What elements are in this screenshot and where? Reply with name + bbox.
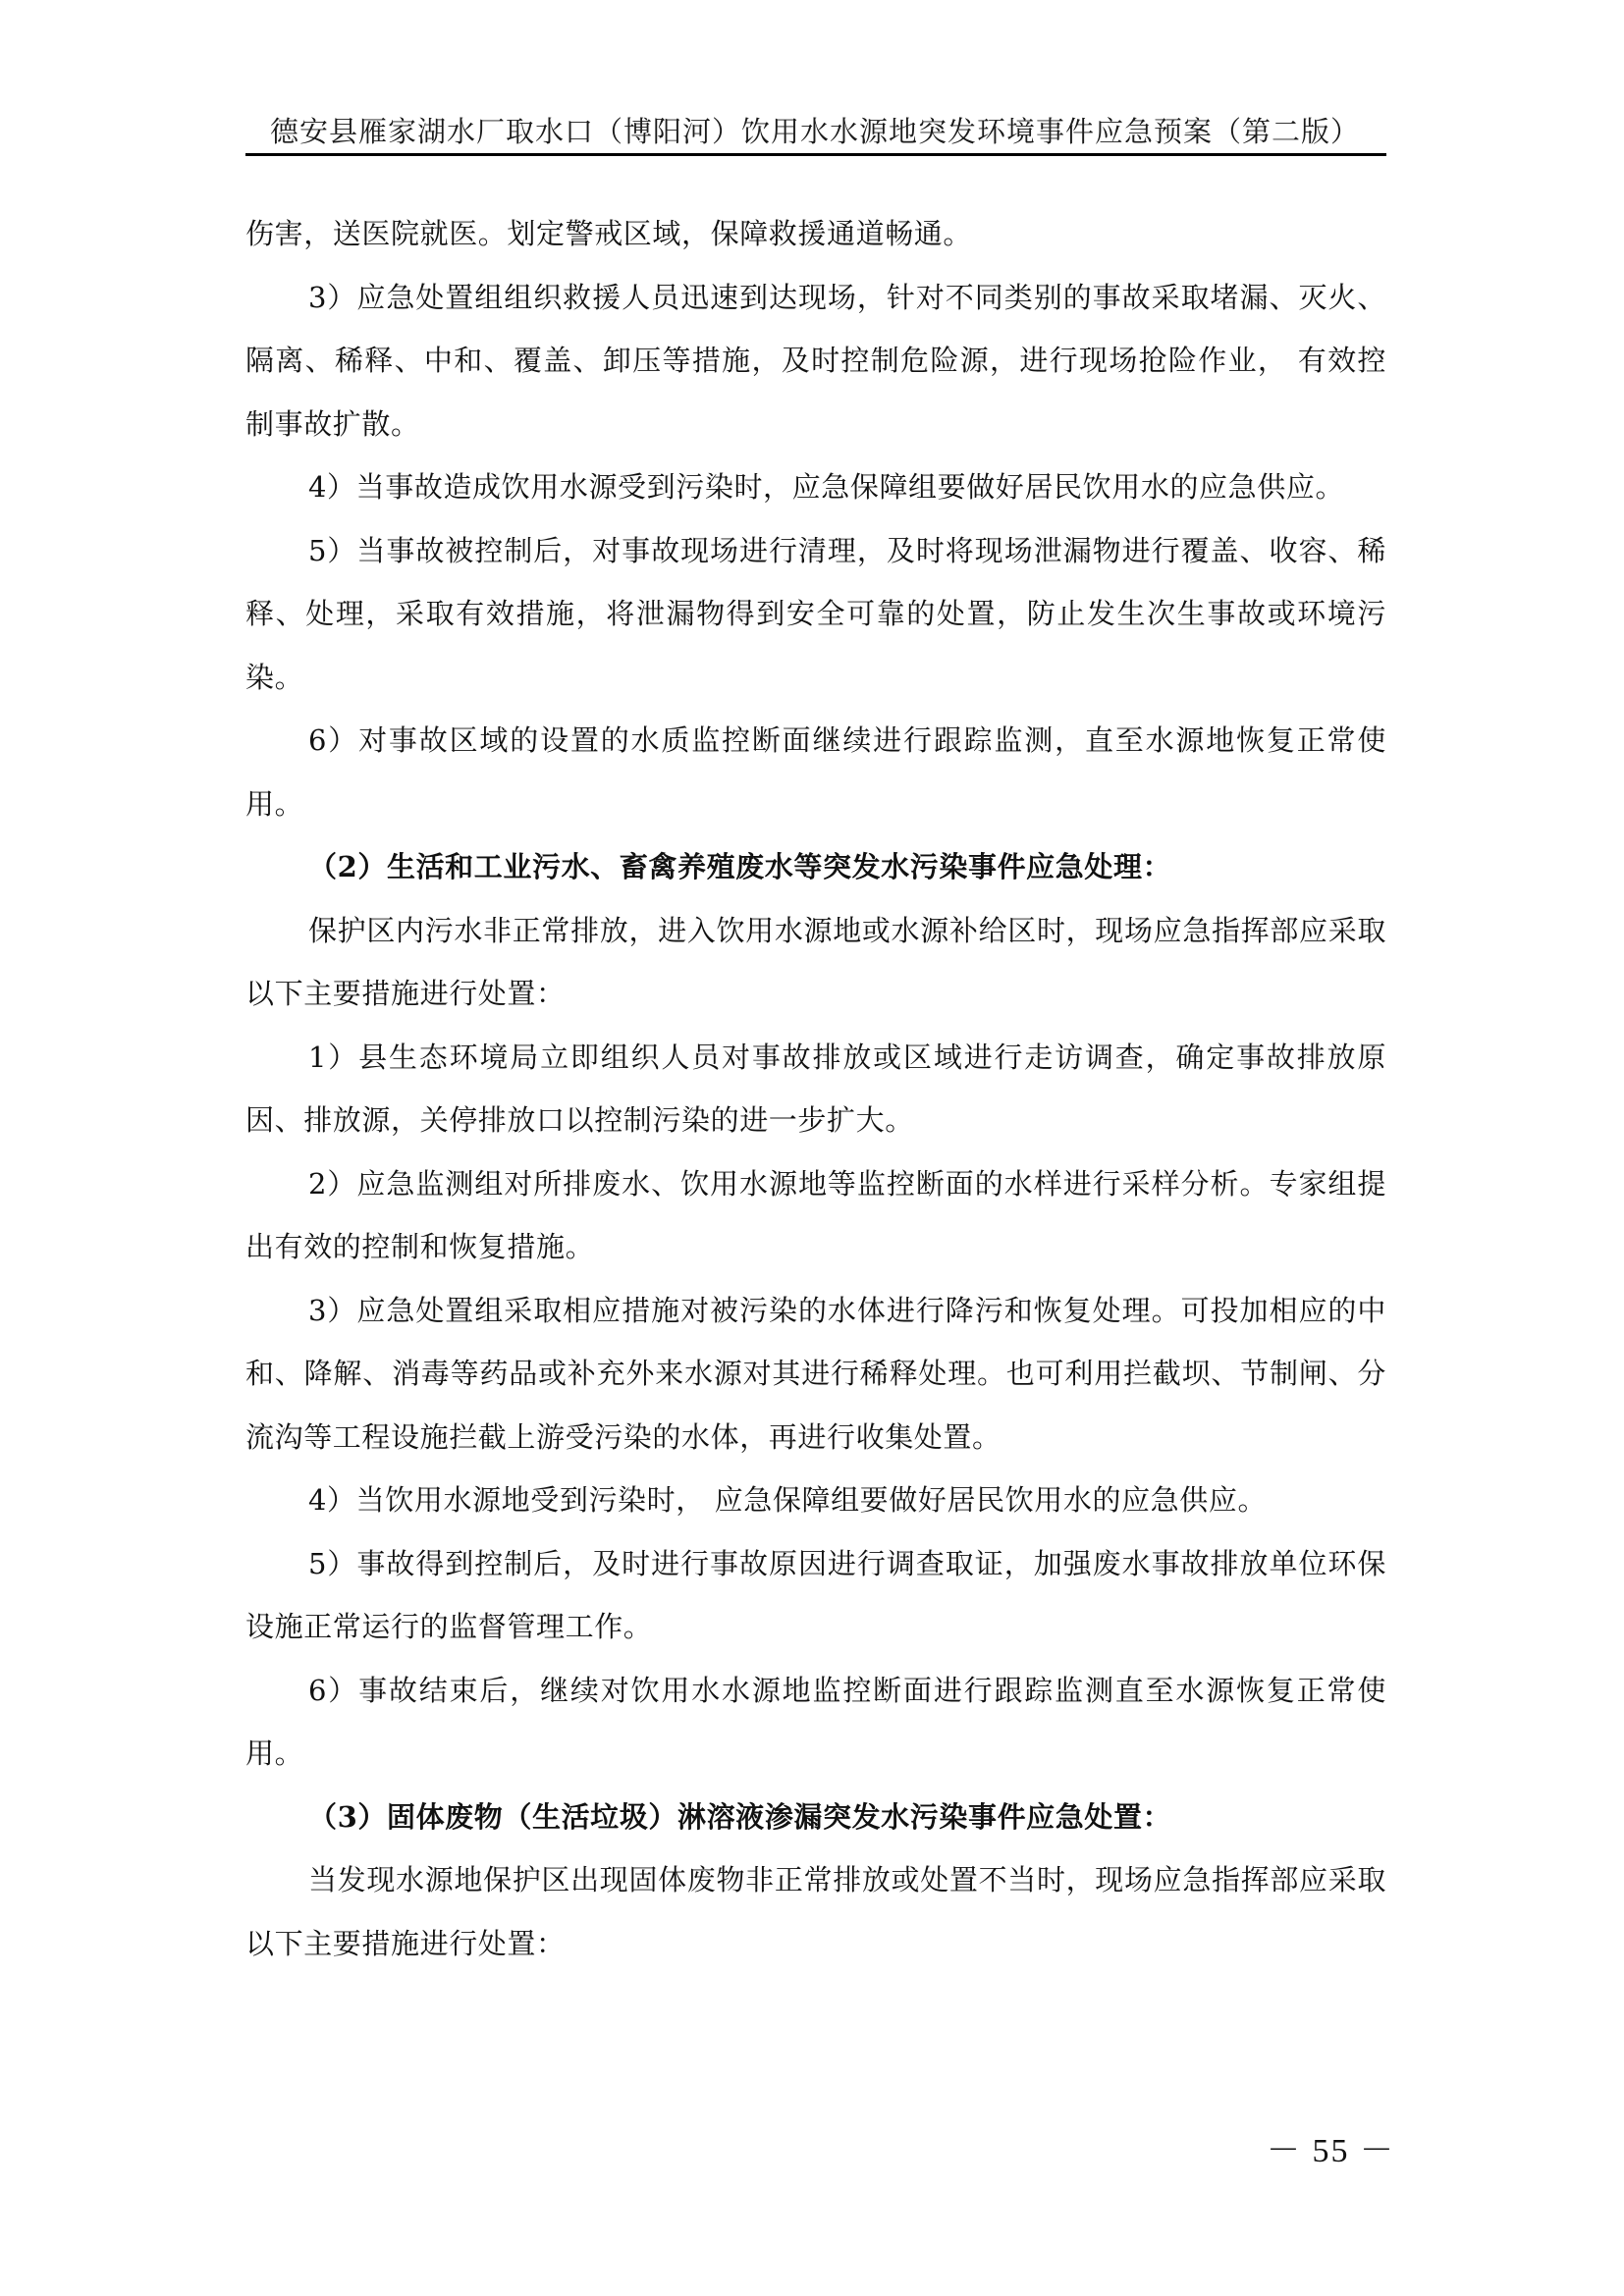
header-divider — [245, 153, 1386, 156]
paragraph-sewage-item-4: 4）当饮用水源地受到污染时， 应急保障组要做好居民饮用水的应急供应。 — [245, 1468, 1386, 1532]
paragraph-item-3-emergency-disposal: 3）应急处置组组织救援人员迅速到达现场，针对不同类别的事故采取堵漏、灭火、隔离、… — [245, 266, 1386, 456]
paragraph-sewage-item-3: 3）应急处置组采取相应措施对被污染的水体进行降污和恢复处理。可投加相应的中和、降… — [245, 1279, 1386, 1469]
paragraph-sewage-item-6: 6）事故结束后，继续对饮用水水源地监控断面进行跟踪监测直至水源恢复正常使用。 — [245, 1659, 1386, 1786]
document-body: 伤害，送医院就医。划定警戒区域，保障救援通道畅通。 3）应急处置组组织救援人员迅… — [245, 202, 1386, 1975]
paragraph-sewage-item-1: 1）县生态环境局立即组织人员对事故排放或区域进行走访调查，确定事故排放原因、排放… — [245, 1026, 1386, 1152]
page-number: － 55 － — [1267, 2123, 1395, 2171]
paragraph-sewage-intro: 保护区内污水非正常排放，进入饮用水源地或水源补给区时，现场应急指挥部应采取以下主… — [245, 899, 1386, 1026]
section-heading-2-sewage: （2）生活和工业污水、畜禽养殖废水等突发水污染事件应急处理： — [245, 835, 1386, 899]
paragraph-sewage-item-5: 5）事故得到控制后，及时进行事故原因进行调查取证，加强废水事故排放单位环保设施正… — [245, 1532, 1386, 1659]
page-header-title: 德安县雁家湖水厂取水口（博阳河）饮用水水源地突发环境事件应急预案（第二版） — [245, 110, 1384, 153]
paragraph-solid-waste-intro: 当发现水源地保护区出现固体废物非正常排放或处置不当时，现场应急指挥部应采取以下主… — [245, 1848, 1386, 1975]
paragraph-item-6-monitoring: 6）对事故区域的设置的水质监控断面继续进行跟踪监测，直至水源地恢复正常使用。 — [245, 709, 1386, 835]
paragraph-continuation: 伤害，送医院就医。划定警戒区域，保障救援通道畅通。 — [245, 202, 1386, 266]
section-heading-3-solid-waste: （3）固体废物（生活垃圾）淋溶液渗漏突发水污染事件应急处置： — [245, 1786, 1386, 1849]
paragraph-item-5-cleanup: 5）当事故被控制后，对事故现场进行清理，及时将现场泄漏物进行覆盖、收容、稀释、处… — [245, 519, 1386, 710]
paragraph-sewage-item-2: 2）应急监测组对所排废水、饮用水源地等监控断面的水样进行采样分析。专家组提出有效… — [245, 1152, 1386, 1279]
paragraph-item-4-water-supply: 4）当事故造成饮用水源受到污染时，应急保障组要做好居民饮用水的应急供应。 — [245, 455, 1386, 519]
